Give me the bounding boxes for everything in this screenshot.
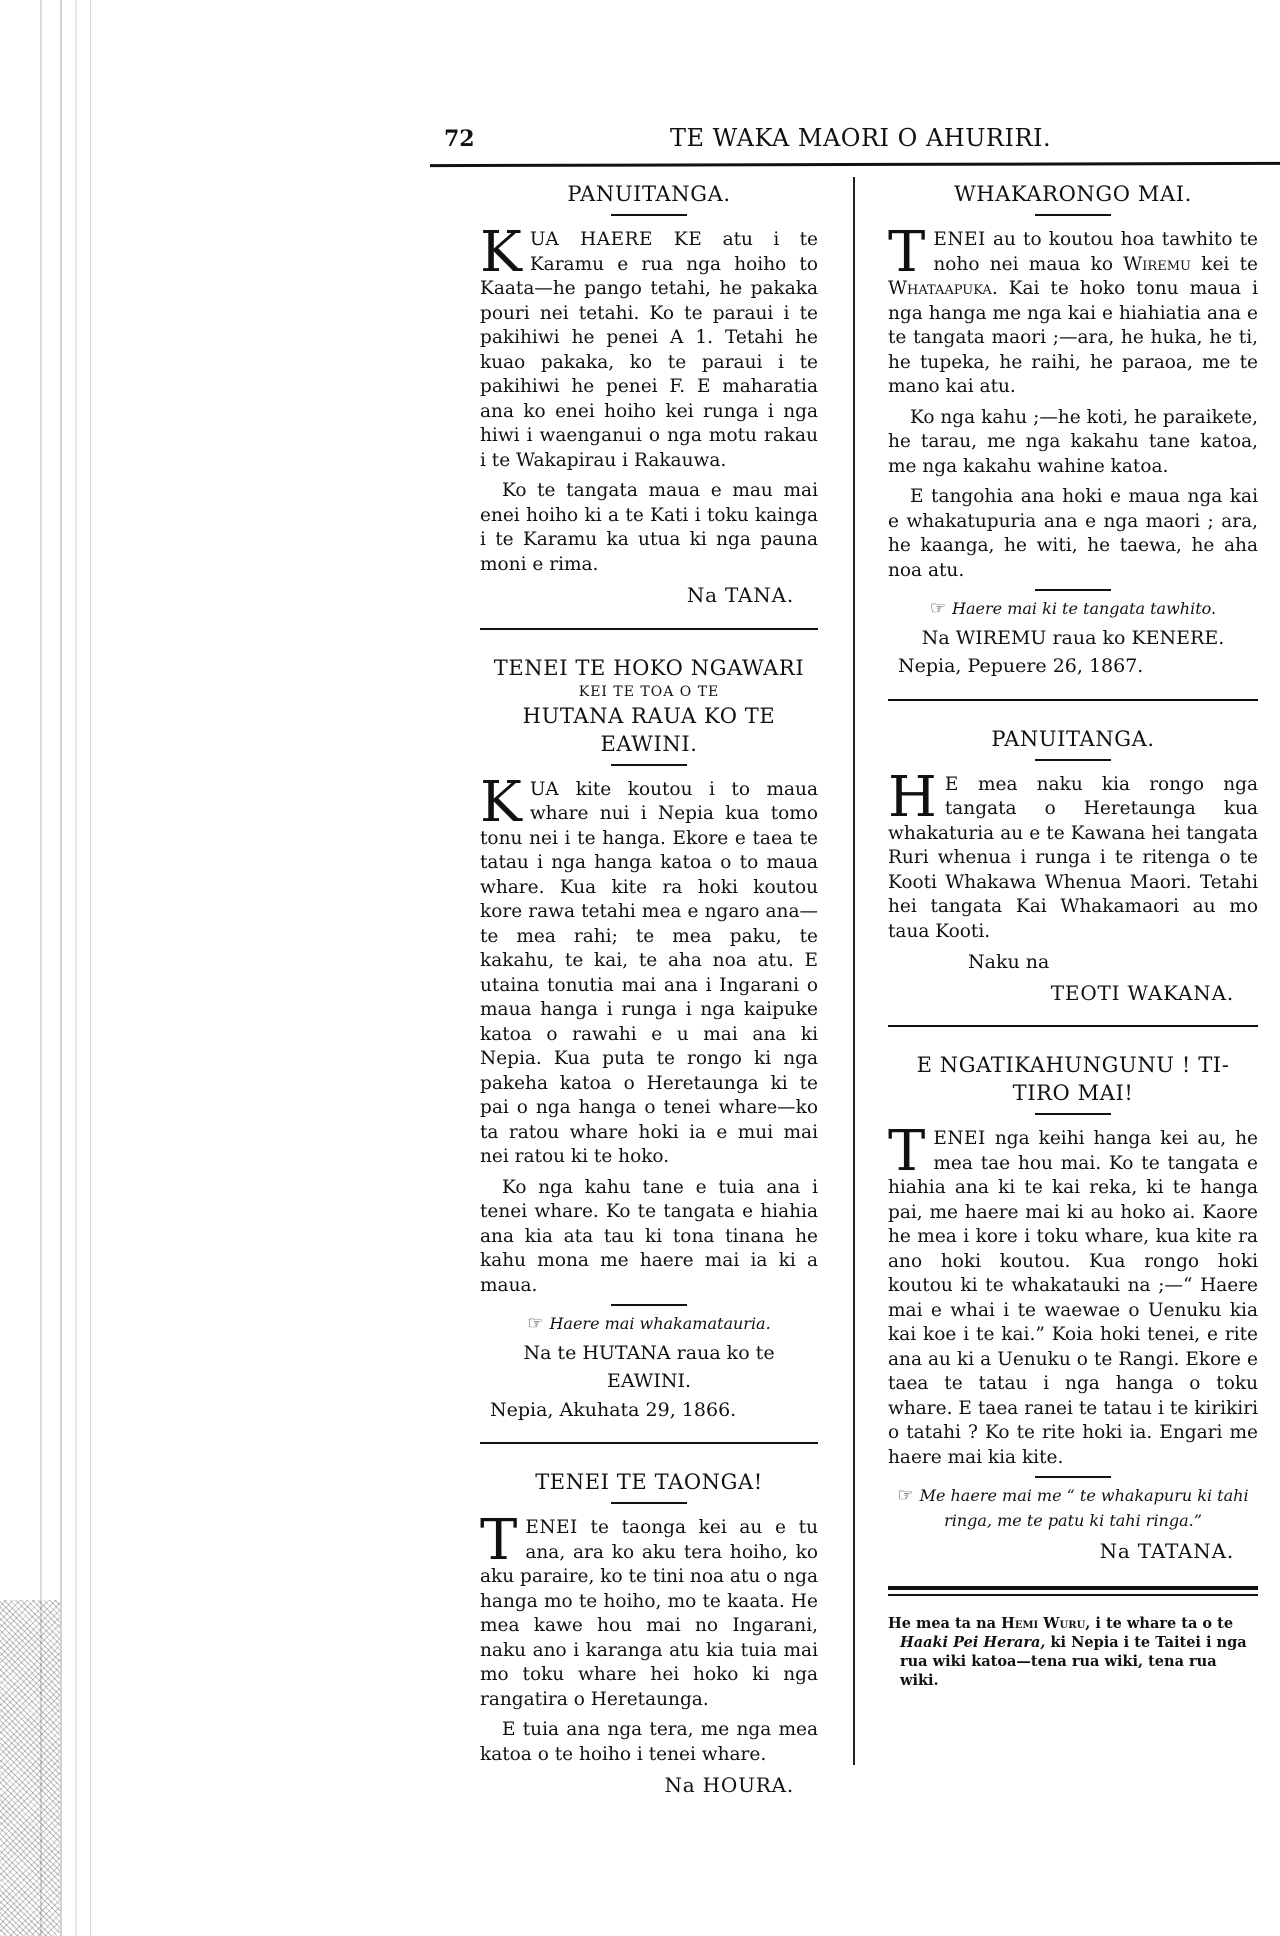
article-tenei-te-taonga: TENEI TE TAONGA! TENEI te taonga kei au … [480, 1468, 818, 1798]
pointing-hand-icon: ☞ [930, 597, 946, 622]
article-title: PANUITANGA. [888, 725, 1258, 753]
right-column: WHAKARONGO MAI. TENEI au to koutou hoa t… [888, 180, 1258, 1704]
drop-cap: K [480, 230, 522, 276]
signature: Na HOURA. [480, 1773, 818, 1798]
body-text: kite koutou i to maua whare nui i Nepia … [480, 779, 818, 1168]
lead-caps: UA HAERE KE [530, 229, 702, 250]
article-panuitanga-tana: PANUITANGA. KUA HAERE KE atu i te Karamu… [480, 180, 818, 608]
page-header: 72 TE WAKA MAORI O AHURIRI. [444, 122, 1264, 162]
article-title: TENEI TE HOKO NGAWARI [480, 654, 818, 682]
signature: Na TATANA. [888, 1539, 1258, 1564]
title-rule [611, 764, 687, 766]
notice: ☞Haere mai ki te tangata tawhito. [888, 597, 1258, 622]
signature: Na TANA. [480, 583, 818, 608]
notice-rule [1035, 1476, 1111, 1478]
article-body: KUA HAERE KE atu i te Karamu e rua nga h… [480, 228, 818, 473]
article-e-ngatikahungunu: E NGATIKAHUNGUNU ! TI- TIRO MAI! TENEI n… [888, 1051, 1258, 1564]
signature: Na te HUTANA raua ko te [480, 1341, 818, 1366]
article-tenei-te-hoko-ngawari: TENEI TE HOKO NGAWARI KEI TE TOA O TE HU… [480, 654, 818, 1423]
notice-rule [1035, 589, 1111, 591]
title-rule [1035, 1113, 1111, 1115]
body-text: nga keihi hanga kei au, he mea tae hou m… [888, 1128, 1258, 1468]
article-body: TENEI nga keihi hanga kei au, he mea tae… [888, 1127, 1258, 1470]
name-wiremu: Wiremu [1123, 254, 1191, 275]
article-title: PANUITANGA. [480, 180, 818, 208]
notice-text: Haere mai whakamatauria. [549, 1314, 770, 1333]
header-rule [430, 162, 1280, 167]
newspaper-name: Haaki Pei Herara, [900, 1634, 1045, 1651]
article-subtitle: KEI TE TOA O TE [480, 682, 818, 702]
notice: ☞Haere mai whakamatauria. [480, 1312, 818, 1337]
signature: Naku na [888, 950, 1258, 975]
article-title-line: HUTANA RAUA KO TE EAWINI. [480, 702, 818, 758]
article-panuitanga-teoti: PANUITANGA. HE mea naku kia rongo nga ta… [888, 725, 1258, 1006]
notice-rule [611, 1304, 687, 1306]
lead-caps: ENEI [933, 229, 986, 250]
column-divider [853, 177, 855, 1765]
body-text: atu i te Karamu e rua nga hoiho to Kaata… [480, 229, 818, 471]
place-whataapuka: Whataapuka. [888, 278, 998, 299]
article-body: HE mea naku kia rongo nga tangata o Here… [888, 773, 1258, 945]
printer-name: Hemi Wuru, [1001, 1615, 1090, 1632]
dateline: Nepia, Akuhata 29, 1866. [490, 1398, 818, 1423]
lead-caps: UA [530, 779, 559, 800]
article-body: KUA kite koutou i to maua whare nui i Ne… [480, 778, 818, 1170]
article-whakarongo-mai: WHAKARONGO MAI. TENEI au to koutou hoa t… [888, 180, 1258, 679]
printer-imprint: He mea ta na Hemi Wuru, i te whare ta o … [888, 1614, 1258, 1690]
drop-cap: T [888, 1129, 925, 1175]
lead-caps: ENEI [933, 1128, 986, 1149]
article-body: Ko te tangata maua e mau mai enei hoiho … [480, 479, 818, 577]
body-text: kei te [1201, 254, 1258, 275]
section-rule [888, 699, 1258, 701]
article-title: WHAKARONGO MAI. [888, 180, 1258, 208]
imprint-text: i te whare ta o te [1095, 1615, 1233, 1632]
article-title-line: TIRO MAI! [888, 1079, 1258, 1107]
signature: Na WIREMU raua ko KENERE. [888, 626, 1258, 651]
lead-caps: E [945, 774, 959, 795]
pointing-hand-icon: ☞ [897, 1484, 913, 1509]
article-title: E NGATIKAHUNGUNU ! TI- [888, 1051, 1258, 1079]
title-rule [611, 1502, 687, 1504]
article-body: E tangohia ana hoki e maua nga kai e wha… [888, 485, 1258, 583]
signature-line: TEOTI WAKANA. [888, 981, 1258, 1006]
article-body: TENEI au to koutou hoa tawhito te noho n… [888, 228, 1258, 400]
drop-cap: K [480, 780, 522, 826]
notice: ☞Me haere mai me “ te whakapuru ki tahi … [888, 1484, 1258, 1533]
article-title: TENEI TE TAONGA! [480, 1468, 818, 1496]
page-number: 72 [444, 126, 475, 152]
section-rule [480, 628, 818, 630]
drop-cap: T [480, 1518, 517, 1564]
imprint-text: He mea ta na [888, 1615, 996, 1632]
title-rule [1035, 214, 1111, 216]
notice-text: Me haere mai me “ te whakapuru ki tahi [920, 1486, 1249, 1505]
left-column: PANUITANGA. KUA HAERE KE atu i te Karamu… [480, 180, 818, 1804]
article-body: TENEI te taonga kei au e tu ana, ara ko … [480, 1516, 818, 1712]
article-body: E tuia ana nga tera, me nga mea katoa o … [480, 1718, 818, 1767]
body-text: te taonga kei au e tu ana, ara ko aku te… [480, 1517, 818, 1710]
running-title: TE WAKA MAORI O AHURIRI. [670, 124, 1051, 152]
title-rule [611, 214, 687, 216]
lead-caps: ENEI [525, 1517, 578, 1538]
pointing-hand-icon: ☞ [527, 1312, 543, 1337]
section-rule [888, 1025, 1258, 1027]
imprint-rule [888, 1586, 1258, 1596]
signature-line: EAWINI. [480, 1369, 818, 1394]
article-body: Ko nga kahu ;—he koti, he paraikete, he … [888, 406, 1258, 480]
scanned-page-edge-noise [0, 1600, 60, 1936]
body-text: mea naku kia rongo nga tangata o Heretau… [888, 774, 1258, 942]
notice-text-line: ringa, me te patu ki tahi ringa.” [944, 1511, 1202, 1530]
dateline: Nepia, Pepuere 26, 1867. [898, 654, 1258, 679]
title-rule [1035, 759, 1111, 761]
notice-text: Haere mai ki te tangata tawhito. [952, 599, 1216, 618]
drop-cap: T [888, 230, 925, 276]
section-rule [480, 1442, 818, 1444]
article-body: Ko nga kahu tane e tuia ana i tenei whar… [480, 1176, 818, 1299]
drop-cap: H [888, 775, 937, 821]
